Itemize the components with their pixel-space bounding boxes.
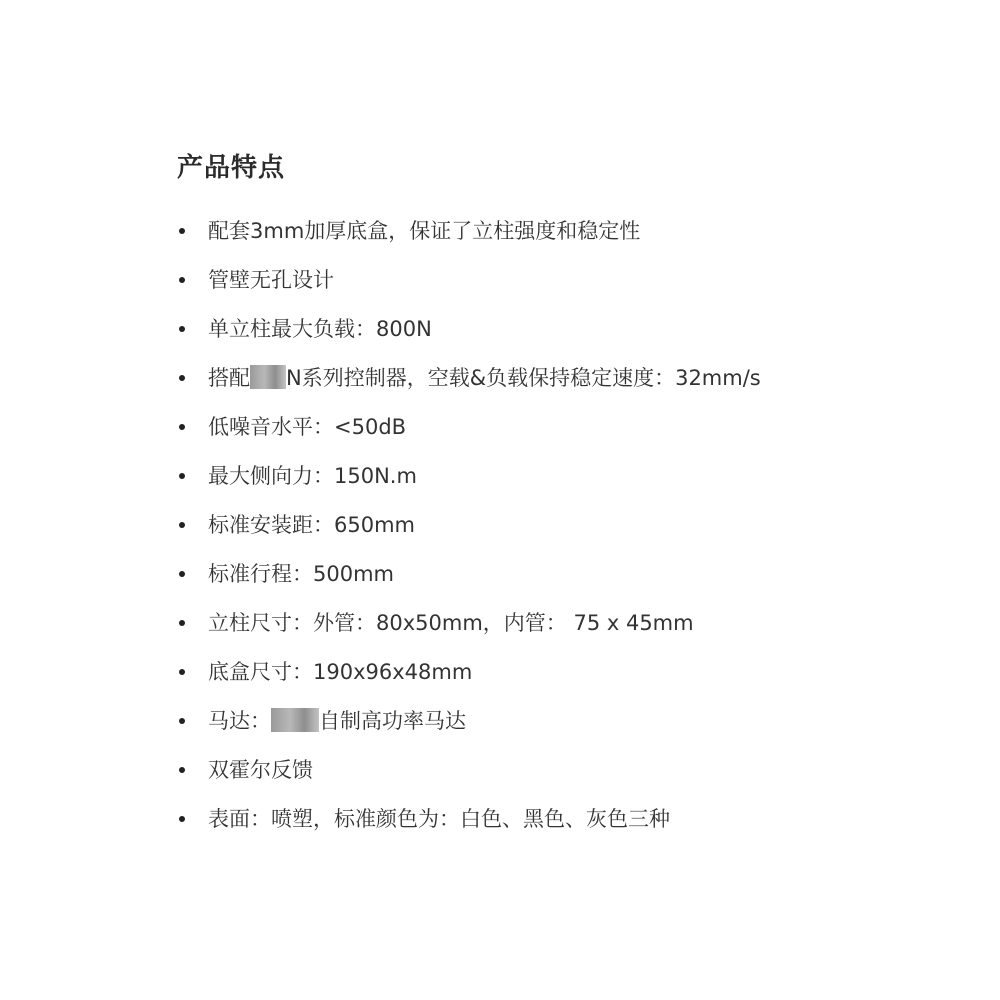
bullet-icon	[179, 816, 185, 822]
feature-item-stroke: 标准行程：500mm	[177, 554, 761, 603]
feature-text: 单立柱最大负载：800N	[208, 317, 432, 341]
feature-text: 表面：喷塑，标准颜色为：白色、黑色、灰色三种	[208, 807, 670, 831]
bullet-icon	[179, 767, 185, 773]
feature-item-controller: 搭配N系列控制器，空载&负载保持稳定速度：32mm/s	[177, 358, 761, 407]
bullet-icon	[179, 228, 185, 234]
feature-item-hall-feedback: 双霍尔反馈	[177, 750, 761, 799]
feature-text-suffix: N系列控制器，空载&负载保持稳定速度：32mm/s	[286, 366, 761, 390]
bullet-icon	[179, 375, 185, 381]
bullet-icon	[179, 424, 185, 430]
document: 产品特点 配套3mm加厚底盒，保证了立柱强度和稳定性 管壁无孔设计 单立柱最大负…	[177, 148, 285, 188]
bullet-icon	[179, 669, 185, 675]
feature-text: 配套3mm加厚底盒，保证了立柱强度和稳定性	[208, 219, 640, 243]
feature-item-lateral-force: 最大侧向力：150N.m	[177, 456, 761, 505]
redacted-brand	[250, 365, 286, 389]
feature-text: 立柱尺寸：外管：80x50mm，内管： 75 x 45mm	[208, 611, 694, 635]
feature-item-column-size: 立柱尺寸：外管：80x50mm，内管： 75 x 45mm	[177, 603, 761, 652]
bullet-icon	[179, 326, 185, 332]
bullet-icon	[179, 620, 185, 626]
feature-text: 管壁无孔设计	[208, 268, 334, 292]
bullet-icon	[179, 277, 185, 283]
feature-text-suffix: 自制高功率马达	[319, 709, 466, 733]
feature-item-motor: 马达：自制高功率马达	[177, 701, 761, 750]
feature-item-box-thickness: 配套3mm加厚底盒，保证了立柱强度和稳定性	[177, 211, 761, 260]
feature-list: 配套3mm加厚底盒，保证了立柱强度和稳定性 管壁无孔设计 单立柱最大负载：800…	[177, 211, 761, 848]
feature-text: 标准行程：500mm	[208, 562, 394, 586]
feature-item-box-size: 底盒尺寸：190x96x48mm	[177, 652, 761, 701]
feature-text: 双霍尔反馈	[208, 758, 313, 782]
feature-text: 底盒尺寸：190x96x48mm	[208, 660, 472, 684]
bullet-icon	[179, 718, 185, 724]
feature-item-max-load: 单立柱最大负载：800N	[177, 309, 761, 358]
feature-item-install-distance: 标准安装距：650mm	[177, 505, 761, 554]
feature-item-surface: 表面：喷塑，标准颜色为：白色、黑色、灰色三种	[177, 799, 761, 848]
bullet-icon	[179, 522, 185, 528]
feature-item-wall-design: 管壁无孔设计	[177, 260, 761, 309]
feature-text-prefix: 搭配	[208, 366, 250, 390]
feature-text-prefix: 马达：	[208, 709, 271, 733]
redacted-brand	[271, 708, 319, 732]
feature-item-noise: 低噪音水平：<50dB	[177, 407, 761, 456]
feature-text: 标准安装距：650mm	[208, 513, 415, 537]
bullet-icon	[179, 571, 185, 577]
feature-text: 低噪音水平：<50dB	[208, 415, 406, 439]
bullet-icon	[179, 473, 185, 479]
feature-text: 最大侧向力：150N.m	[208, 464, 417, 488]
section-title: 产品特点	[177, 148, 285, 188]
